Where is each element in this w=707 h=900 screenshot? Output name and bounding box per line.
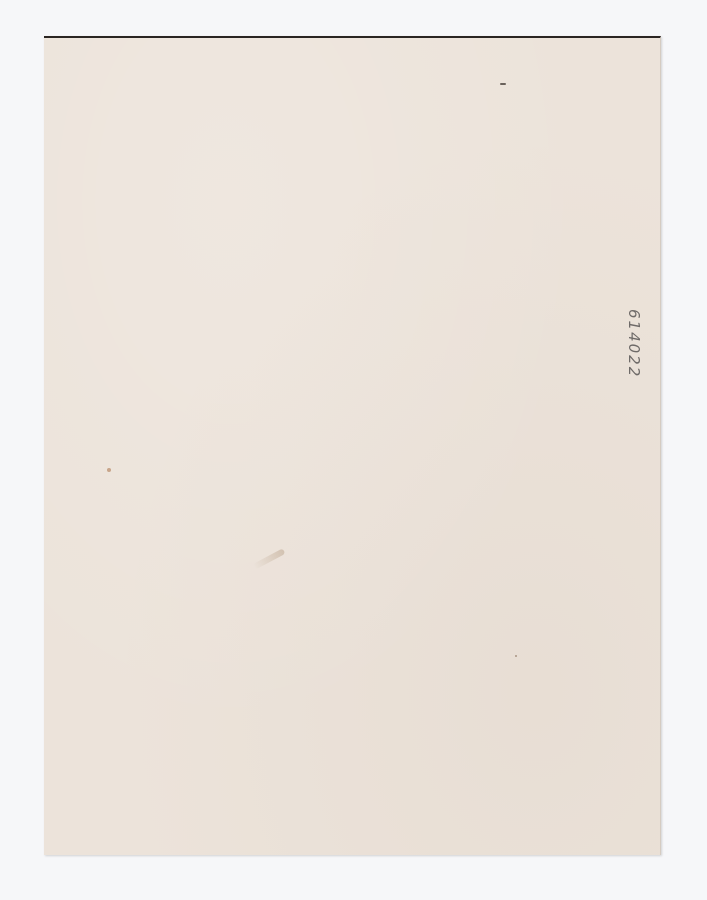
small-speck	[515, 655, 517, 657]
handwritten-number: 614022	[619, 309, 643, 389]
dark-dash-mark	[500, 83, 506, 85]
photo-card-back	[44, 36, 661, 855]
brown-speck	[107, 468, 111, 472]
